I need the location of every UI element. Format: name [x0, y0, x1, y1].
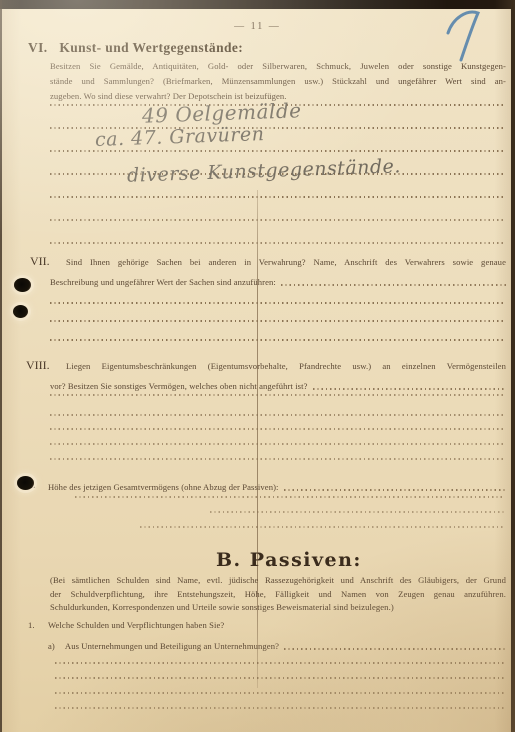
answer-line — [50, 196, 505, 198]
answer-line — [313, 388, 506, 390]
section-ix-body: Höhe des jetzigen Gesamtvermögens (ohne … — [48, 482, 279, 492]
handwritten-entry: 49 Oelgemälde — [142, 98, 302, 128]
section-viii-body-line: Liegen Eigentumsbeschränkungen (Eigentum… — [66, 361, 506, 371]
section-viii-body-line: vor? Besitzen Sie sonstiges Vermögen, we… — [50, 381, 506, 391]
answer-line — [140, 526, 505, 528]
answer-line — [50, 414, 505, 416]
punch-hole — [17, 476, 34, 490]
answer-line — [50, 339, 505, 341]
section-ix-row: IX. Höhe des jetzigen Gesamtvermögens (o… — [20, 477, 506, 492]
question-1a-text: Aus Unternehmungen und Beteiligung an Un… — [65, 641, 279, 651]
section-viii-label: VIII. — [26, 358, 50, 373]
question-1a-row: a) Aus Unternehmungen und Beteiligung an… — [48, 641, 506, 651]
section-viii-body-line2: vor? Besitzen Sie sonstiges Vermögen, we… — [50, 381, 308, 391]
answer-line — [284, 489, 506, 491]
question-1a-label: a) — [48, 641, 55, 651]
section-b-note-line: (Bei sämtlichen Schulden sind Name, evtl… — [50, 575, 506, 585]
section-b-note-line: Schuldurkunden, Korrespondenzen und Urte… — [50, 602, 394, 612]
handwritten-entry: diverse Kunstgegenstände. — [127, 155, 402, 187]
section-b-heading: B. Passiven: — [216, 549, 362, 571]
answer-line — [50, 320, 505, 322]
answer-line — [284, 648, 506, 650]
scan-edge-left — [0, 0, 2, 732]
section-b-note-line: der Schuldverpflichtung, ihre Entstehung… — [50, 589, 506, 599]
answer-line — [50, 219, 505, 221]
answer-line — [50, 242, 505, 244]
section-vii-body-line: Sind Ihnen gehörige Sachen bei anderen i… — [66, 257, 506, 267]
punch-hole — [13, 305, 28, 318]
question-1-label: 1. — [28, 620, 35, 630]
scan-edge-right — [511, 0, 515, 732]
answer-line — [75, 496, 505, 498]
answer-line — [281, 284, 506, 286]
section-vi-heading: Kunst- und Wertgegenstände: — [59, 40, 243, 55]
answer-line — [210, 511, 505, 513]
handwritten-corner-number-7-icon — [438, 5, 488, 63]
punch-hole — [14, 278, 31, 292]
answer-line — [50, 428, 505, 430]
section-vi-label: VI. — [28, 40, 48, 55]
answer-line — [55, 692, 505, 694]
section-vii-body-line2: Beschreibung und ungefährer Wert der Sac… — [50, 277, 276, 287]
section-vi-body-line: stände und Sammlungen? (Briefmarken, Mün… — [50, 76, 506, 86]
section-vii-label: VII. — [30, 254, 50, 269]
handwritten-entry: ca. 47. Gravüren — [95, 123, 265, 151]
section-vi-heading-row: VI. Kunst- und Wertgegenstände: — [28, 40, 243, 56]
section-vi-body-line: Besitzen Sie Gemälde, Antiquitäten, Gold… — [50, 61, 506, 71]
answer-line — [50, 394, 505, 396]
answer-line — [55, 677, 505, 679]
question-1-text: Welche Schulden und Verpflichtungen habe… — [48, 620, 224, 630]
scan-edge-top — [0, 0, 515, 9]
answer-line — [50, 150, 505, 152]
scanned-form-page: — 11 — VI. Kunst- und Wertgegenstände: B… — [0, 0, 515, 732]
section-vii-body-line: Beschreibung und ungefährer Wert der Sac… — [50, 277, 506, 287]
answer-line — [50, 458, 505, 460]
answer-line — [55, 662, 505, 664]
answer-line — [50, 443, 505, 445]
answer-line — [55, 707, 505, 709]
answer-line — [50, 302, 505, 304]
fold-crease-line — [257, 190, 258, 688]
